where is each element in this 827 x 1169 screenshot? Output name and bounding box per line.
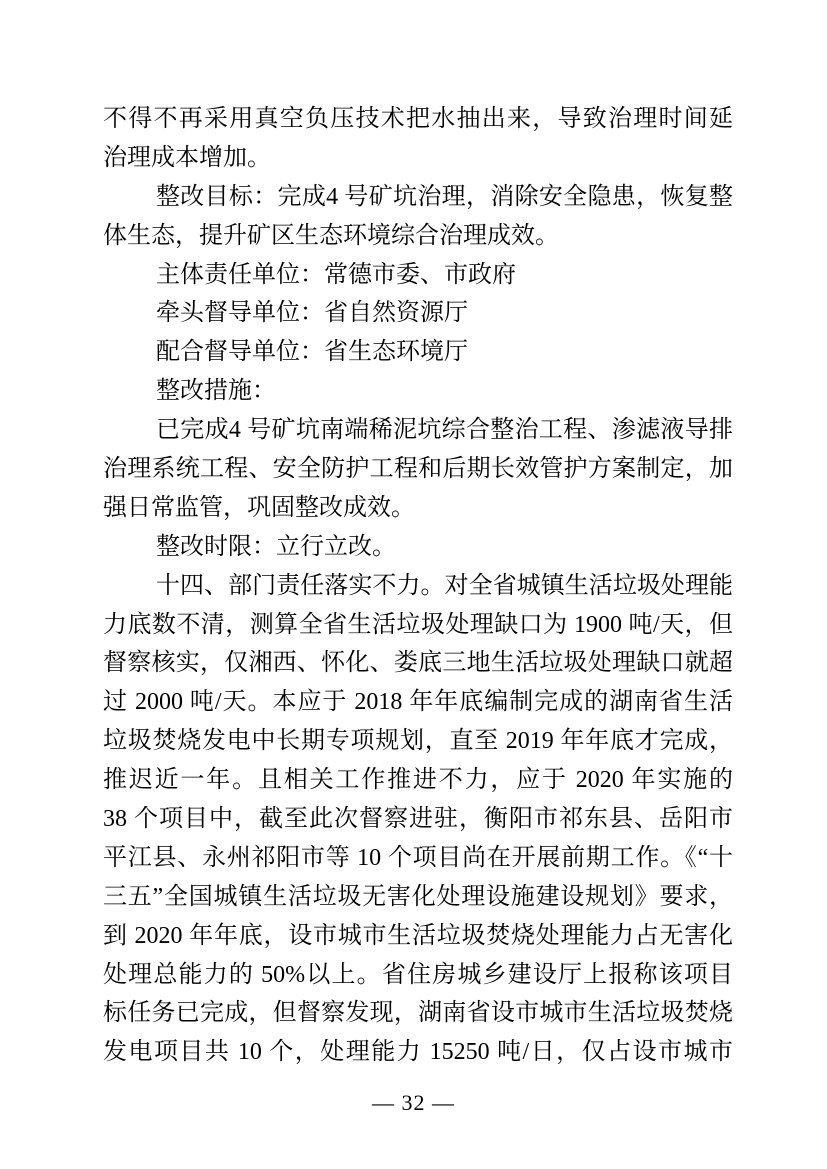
text-line: 整改措施： bbox=[103, 372, 733, 411]
document-page: 不得不再采用真空负压技术把水抽出来，导致治理时间延长、治理成本增加。整改目标：完… bbox=[0, 0, 827, 1169]
text-line: 体生态，提升矿区生态环境综合治理成效。 bbox=[103, 217, 733, 256]
text-line: 处理总能力的 50%以上。省住房城乡建设厅上报称该项目 bbox=[103, 956, 733, 995]
text-line: 发电项目共 10 个，处理能力 15250 吨/日，仅占设市城市 bbox=[103, 1033, 733, 1072]
text-line: 牵头督导单位：省自然资源厅 bbox=[103, 294, 733, 333]
text-line: 督察核实，仅湘西、怀化、娄底三地生活垃圾处理缺口就超 bbox=[103, 644, 733, 683]
text-line: 到 2020 年年底，设市城市生活垃圾焚烧处理能力占无害化 bbox=[103, 917, 733, 956]
text-line: 推迟近一年。且相关工作推进不力，应于 2020 年实施的 bbox=[103, 761, 733, 800]
text-line: 38 个项目中，截至此次督察进驻，衡阳市祁东县、岳阳市 bbox=[103, 800, 733, 839]
text-line: 不得不再采用真空负压技术把水抽出来，导致治理时间延长、 bbox=[103, 100, 733, 139]
text-line: 三五”全国城镇生活垃圾无害化处理设施建设规划》要求， bbox=[103, 878, 733, 917]
text-line: 主体责任单位：常德市委、市政府 bbox=[103, 256, 733, 295]
text-line: 平江县、永州祁阳市等 10 个项目尚在开展前期工作。《“十 bbox=[103, 839, 733, 878]
text-line: 垃圾焚烧发电中长期专项规划，直至 2019 年年底才完成， bbox=[103, 722, 733, 761]
text-line: 整改目标：完成4 号矿坑治理，消除安全隐患，恢复整 bbox=[103, 178, 733, 217]
text-line: 已完成4 号矿坑南端稀泥坑综合整治工程、渗滤液导排 bbox=[103, 411, 733, 450]
text-line: 治理系统工程、安全防护工程和后期长效管护方案制定，加 bbox=[103, 450, 733, 489]
text-line: 十四、部门责任落实不力。对全省城镇生活垃圾处理能 bbox=[103, 567, 733, 606]
text-line: 标任务已完成，但督察发现，湖南省设市城市生活垃圾焚烧 bbox=[103, 994, 733, 1033]
text-line: 强日常监管，巩固整改成效。 bbox=[103, 489, 733, 528]
text-line: 配合督导单位：省生态环境厅 bbox=[103, 333, 733, 372]
text-line: 整改时限：立行立改。 bbox=[103, 528, 733, 567]
text-line: 治理成本增加。 bbox=[103, 139, 733, 178]
body-text: 不得不再采用真空负压技术把水抽出来，导致治理时间延长、治理成本增加。整改目标：完… bbox=[103, 100, 733, 1072]
text-line: 过 2000 吨/天。本应于 2018 年年底编制完成的湖南省生活 bbox=[103, 683, 733, 722]
page-number: — 32 — bbox=[0, 1088, 827, 1118]
text-line: 力底数不清，测算全省生活垃圾处理缺口为 1900 吨/天，但 bbox=[103, 606, 733, 645]
